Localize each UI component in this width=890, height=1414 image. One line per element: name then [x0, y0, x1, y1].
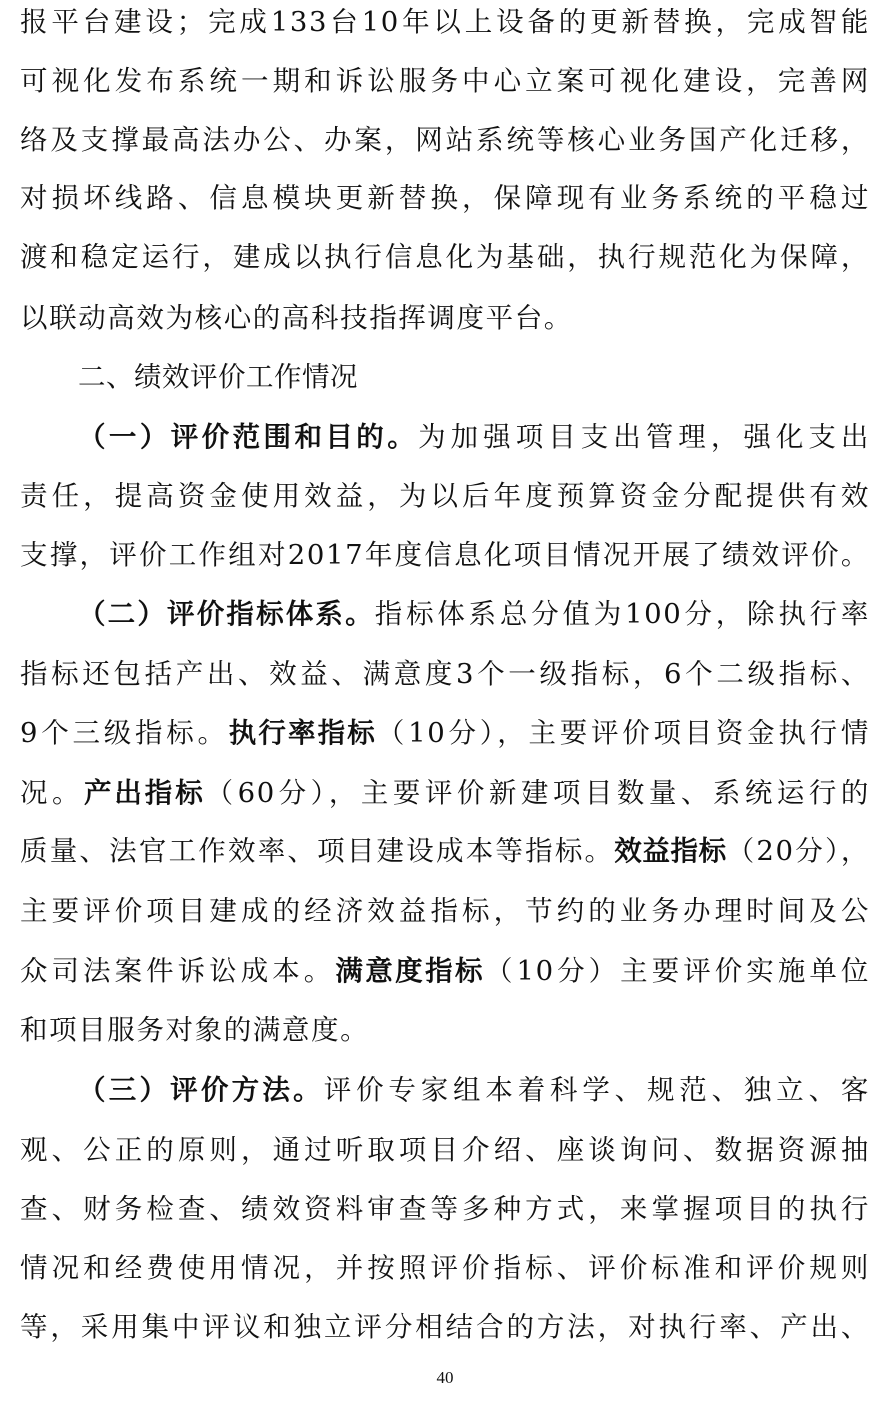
text-line: 和项目服务对象的满意度。: [20, 1010, 870, 1050]
paragraph-text: 况。: [20, 777, 84, 809]
paragraph-text: （10分）主要评价实施单位: [485, 955, 870, 987]
paragraph-text: （10分），主要评价项目资金执行情: [377, 717, 870, 749]
text-line: 支撑，评价工作组对2017年度信息化项目情况开展了绩效评价。: [20, 535, 870, 575]
paragraph-text: 评价专家组本着科学、规范、独立、客: [324, 1074, 870, 1106]
text-line: 等，采用集中评议和独立评分相结合的方法，对执行率、产出、: [20, 1307, 870, 1347]
paragraph-1-title: （一）评价范围和目的。: [78, 421, 418, 453]
paragraph-text: （20分），: [727, 835, 870, 867]
text-line: 渡和稳定运行，建成以执行信息化为基础，执行规范化为保障，: [20, 237, 870, 277]
page-number: 40: [0, 1368, 890, 1388]
text-line: 指标还包括产出、效益、满意度3个一级指标，6个二级指标、: [20, 654, 870, 694]
paragraph-text: 质量、法官工作效率、项目建设成本等指标。: [20, 835, 614, 867]
text-line: 况。产出指标（60分），主要评价新建项目数量、系统运行的: [20, 773, 870, 813]
paragraph-3-title: （三）评价方法。: [78, 1074, 324, 1106]
paragraph-2-line-1: （二）评价指标体系。指标体系总分值为100分，除执行率: [78, 594, 870, 634]
term-satisfaction-indicator: 满意度指标: [335, 955, 485, 987]
text-line: 责任，提高资金使用效益，为以后年度预算资金分配提供有效: [20, 476, 870, 516]
text-line: 络及支撑最高法办公、办案，网站系统等核心业务国产化迁移，: [20, 120, 870, 160]
paragraph-text: 众司法案件诉讼成本。: [20, 955, 335, 987]
document-page: 报平台建设；完成133台10年以上设备的更新替换，完成智能 可视化发布系统一期和…: [0, 0, 890, 1414]
text-line: 众司法案件诉讼成本。满意度指标（10分）主要评价实施单位: [20, 951, 870, 991]
text-line: 观、公正的原则，通过听取项目介绍、座谈询问、数据资源抽: [20, 1130, 870, 1170]
term-benefit-indicator: 效益指标: [614, 835, 726, 867]
text-line: 以联动高效为核心的高科技指挥调度平台。: [20, 298, 870, 338]
text-line: 查、财务检查、绩效资料审查等多种方式，来掌握项目的执行: [20, 1189, 870, 1229]
paragraph-text: 为加强项目支出管理，强化支出: [418, 421, 870, 453]
paragraph-1-line-1: （一）评价范围和目的。为加强项目支出管理，强化支出: [78, 417, 870, 457]
text-line: 9个三级指标。执行率指标（10分），主要评价项目资金执行情: [20, 713, 870, 753]
term-output-indicator: 产出指标: [84, 777, 206, 809]
text-line: 情况和经费使用情况，并按照评价指标、评价标准和评价规则: [20, 1248, 870, 1288]
paragraph-2-title: （二）评价指标体系。: [78, 598, 375, 630]
paragraph-3-line-1: （三）评价方法。评价专家组本着科学、规范、独立、客: [78, 1070, 870, 1110]
section-heading: 二、绩效评价工作情况: [78, 357, 870, 397]
paragraph-text: 指标体系总分值为100分，除执行率: [375, 598, 870, 630]
text-line: 主要评价项目建成的经济效益指标，节约的业务办理时间及公: [20, 891, 870, 931]
term-execution-rate: 执行率指标: [229, 717, 377, 749]
text-line: 可视化发布系统一期和诉讼服务中心立案可视化建设，完善网: [20, 61, 870, 101]
paragraph-text: （60分），主要评价新建项目数量、系统运行的: [206, 777, 870, 809]
text-line: 质量、法官工作效率、项目建设成本等指标。效益指标（20分），: [20, 831, 870, 871]
text-line: 报平台建设；完成133台10年以上设备的更新替换，完成智能: [20, 2, 870, 42]
text-line: 对损坏线路、信息模块更新替换，保障现有业务系统的平稳过: [20, 178, 870, 218]
paragraph-text: 9个三级指标。: [20, 717, 229, 749]
